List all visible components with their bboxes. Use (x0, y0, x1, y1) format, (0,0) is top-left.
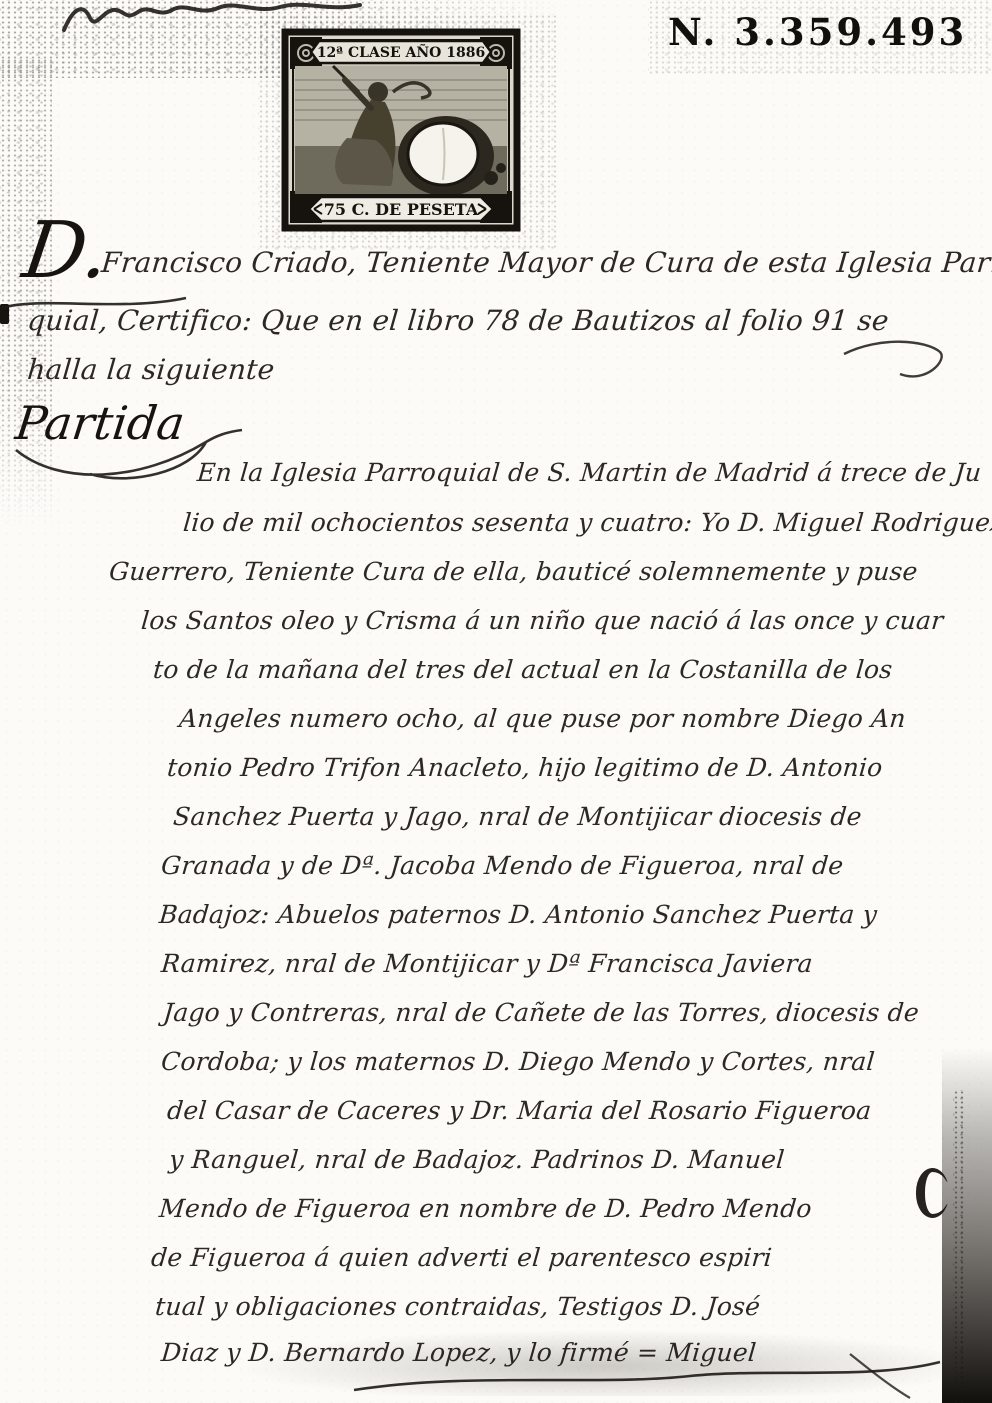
partida-line: tual y obligaciones contraidas, Testigos… (154, 1292, 762, 1321)
partida-line: Angeles numero ocho, al que puse por nom… (178, 704, 907, 733)
partida-line: y Ranguel, nral de Badajoz. Padrinos D. … (168, 1145, 786, 1174)
partida-line: En la Iglesia Parroquial de S. Martin de… (196, 458, 983, 487)
ink-blot (916, 1168, 949, 1218)
serial-number: N. 3.359.493 (668, 10, 988, 54)
scanned-document-page: 12ª CLASE AÑO 1886 (0, 0, 992, 1403)
certification-line: halla la siguiente (26, 353, 276, 386)
tax-stamp-graphic: 12ª CLASE AÑO 1886 (281, 28, 521, 232)
certification-line: Francisco Criado, Teniente Mayor de Cura… (100, 246, 992, 279)
pen-flourish (840, 318, 960, 438)
partida-line: del Casar de Caceres y Dr. Maria del Ros… (166, 1096, 873, 1125)
partida-line: Mendo de Figueroa en nombre de D. Pedro … (158, 1194, 813, 1223)
partida-line: los Santos oleo y Crisma á un niño que n… (140, 606, 945, 635)
closing-flourish (350, 1352, 950, 1402)
partida-line: Badajoz: Abuelos paternos D. Antonio San… (158, 900, 878, 929)
partida-line: Sanchez Puerta y Jago, nral de Montijica… (172, 802, 863, 831)
partida-line: de Figueroa á quien adverti el parentesc… (150, 1243, 773, 1272)
partida-line: Granada y de Dª. Jacoba Mendo de Figuero… (160, 851, 845, 880)
stamp-shield (398, 116, 494, 196)
tax-stamp: 12ª CLASE AÑO 1886 (281, 28, 521, 232)
partida-line: Cordoba; y los maternos D. Diego Mendo y… (160, 1047, 876, 1076)
partida-line: Ramirez, nral de Montijicar y Dª Francis… (160, 949, 814, 978)
partida-line: lio de mil ochocientos sesenta y cuatro:… (182, 508, 992, 537)
partida-line: Jago y Contreras, nral de Cañete de las … (162, 998, 920, 1027)
partida-line: tonio Pedro Trifon Anacleto, hijo legiti… (166, 753, 884, 782)
partida-line: Guerrero, Teniente Cura de ella, bauticé… (108, 557, 919, 586)
partida-line: to de la mañana del tres del actual en l… (152, 655, 894, 684)
stamp-denomination-text: 75 C. DE PESETA (324, 200, 479, 219)
stamp-header-text: 12ª CLASE AÑO 1886 (317, 42, 485, 61)
stamp-allegory-scene (295, 66, 507, 196)
certification-line: quial, Certifico: Que en el libro 78 de … (26, 304, 890, 337)
